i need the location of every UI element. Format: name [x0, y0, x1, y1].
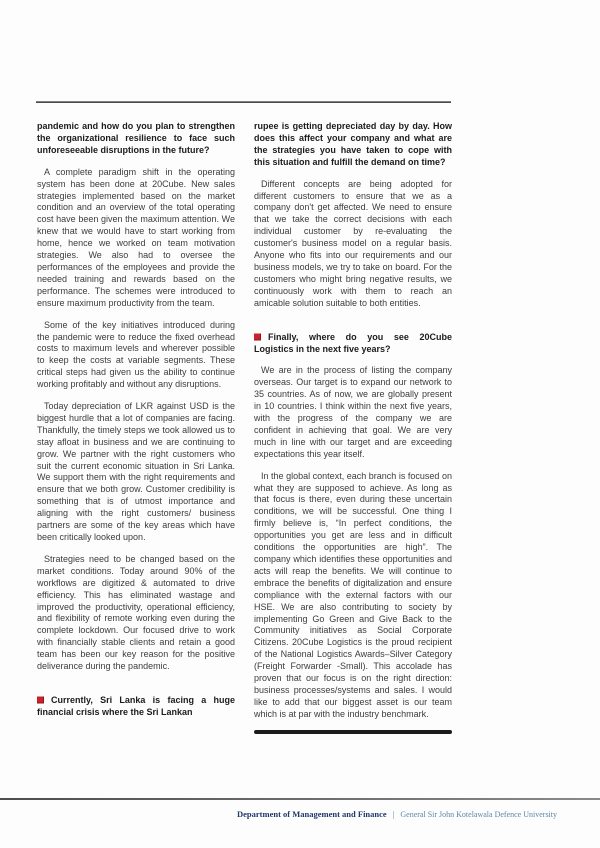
left-column: pandemic and how do you plan to strength… [37, 121, 235, 734]
paragraph: Some of the key initiatives introduced d… [37, 320, 235, 391]
footer-separator: | [393, 809, 395, 819]
question-next-five-years: Finally, where do you see 20Cube Logisti… [254, 332, 452, 356]
footer-department: Department of Management and Finance [237, 809, 387, 819]
question-text: Currently, Sri Lanka is facing a huge fi… [37, 695, 235, 717]
red-square-bullet-icon [37, 696, 44, 703]
paragraph: A complete paradigm shift in the operati… [37, 167, 235, 310]
paragraph: In the global context, each branch is fo… [254, 471, 452, 721]
article-body: pandemic and how do you plan to strength… [37, 121, 452, 734]
top-rule [36, 101, 451, 103]
red-square-bullet-icon [254, 333, 261, 340]
question-continued-right: rupee is getting depreciated day by day.… [254, 121, 452, 169]
question-continued-left: pandemic and how do you plan to strength… [37, 121, 235, 157]
paragraph: Strategies need to be changed based on t… [37, 554, 235, 673]
page-footer: Department of Management and Finance | G… [0, 804, 557, 822]
footer-university: General Sir John Kotelawala Defence Univ… [400, 810, 557, 819]
question-financial-crisis: Currently, Sri Lanka is facing a huge fi… [37, 695, 235, 719]
document-page: pandemic and how do you plan to strength… [0, 0, 600, 848]
paragraph: We are in the process of listing the com… [254, 365, 452, 460]
right-column: rupee is getting depreciated day by day.… [254, 121, 452, 734]
paragraph: Different concepts are being adopted for… [254, 179, 452, 310]
question-text: Finally, where do you see 20Cube Logisti… [254, 332, 452, 354]
paragraph: Today depreciation of LKR against USD is… [37, 401, 235, 544]
end-of-article-rule [254, 730, 452, 734]
footer-rule [0, 798, 600, 800]
